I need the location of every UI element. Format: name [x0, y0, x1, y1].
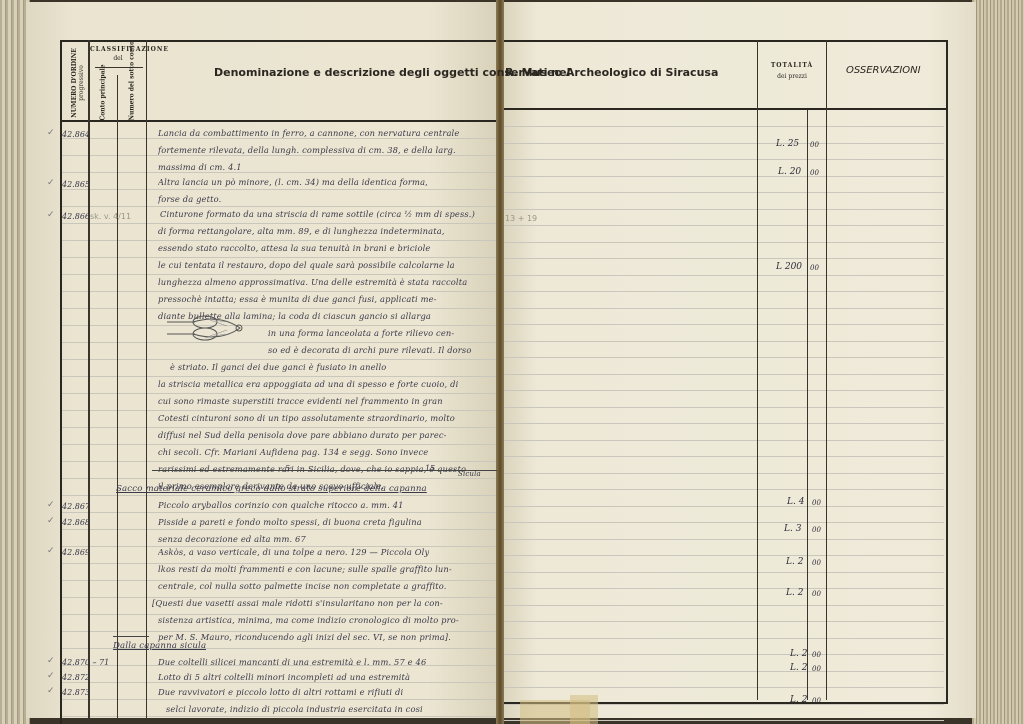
entry-cents: 00 — [812, 651, 821, 659]
entry-line: lkos resti da molti frammenti e con lacu… — [158, 564, 452, 574]
entry-line: chi secoli. Cfr. Mariani Aufidena pag. 1… — [158, 447, 428, 457]
col-header-sotto-conto: Numero del sotto conto — [129, 71, 136, 121]
belt-hook-sketch-icon — [165, 310, 245, 346]
entry-price: L. 2 — [790, 649, 807, 659]
tape-residue — [570, 695, 598, 724]
pencil-note: sk. v. 4/11 — [90, 212, 131, 221]
entry-line: [Questi due vasetti assai male ridotti s… — [152, 598, 443, 608]
entry-line: Lancia da combattimento in ferro, a cann… — [158, 128, 459, 138]
section-heading: Sacco materiale ceramico greco dallo str… — [116, 484, 427, 494]
section-heading-note: Sicula — [458, 470, 481, 478]
entry-number: 42.865 — [62, 180, 90, 189]
entry-number: 42.866 — [62, 212, 90, 221]
entry-number: 42.869 — [62, 548, 90, 557]
entry-line: diffusi nel Sud della penisola dove pare… — [158, 430, 447, 440]
right-table-frame — [500, 40, 948, 704]
entry-line: Piccolo aryballos corinzio con qualche r… — [158, 500, 404, 510]
entry-cents: 00 — [812, 559, 821, 567]
section-heading: Dalla capanna sicula — [113, 641, 206, 651]
entry-line: so ed è decorata di archi pure rilevati.… — [268, 345, 471, 355]
entry-line: fortemente rilevata, della lungh. comple… — [158, 145, 456, 155]
col-header-totalita: TOTALITÀ — [758, 62, 826, 69]
open-ledger-book: NUMERO D'ORDINEprogressivo CLASSIFICAZIO… — [0, 0, 1024, 724]
entry-number: 42.864 — [62, 130, 90, 139]
col-header-osservazioni: OSSERVAZIONI — [846, 65, 921, 76]
entry-line: rarissimi ed estremamente rari in Sicili… — [158, 464, 466, 474]
entry-number: 42.873 — [62, 688, 90, 697]
entry-line: la striscia metallica era appoggiata ad … — [158, 379, 458, 389]
entry-line: pressochè intatta; essa è munita di due … — [158, 294, 437, 304]
entry-price: L. 4 — [787, 497, 804, 507]
header-bottom-line-left — [60, 120, 500, 122]
entry-cents: 00 — [812, 697, 821, 705]
entry-number: 42.870 – 71 — [62, 658, 109, 667]
entry-line: centrale, col nulla sotto palmette incis… — [158, 581, 447, 591]
entry-line: Pisside a pareti e fondo molto spessi, d… — [158, 517, 422, 527]
short-rule — [113, 636, 149, 637]
entry-price: L. 2 — [786, 588, 803, 598]
header-bottom-line-right — [504, 108, 946, 110]
entry-line: sistenza artistica, minima, ma come indi… — [158, 615, 459, 625]
entry-line: Cotesti cinturoni sono di un tipo assolu… — [158, 413, 455, 423]
margin-pencil-note: 13 + 19 — [505, 214, 537, 223]
book-edge-right — [972, 0, 1024, 724]
entry-line: cui sono rimaste superstiti tracce evide… — [158, 396, 443, 406]
entry-line: Due coltelli silicei mancanti di una est… — [158, 657, 426, 667]
col-header-classificazione: CLASSIFICAZIONE — [90, 46, 146, 53]
page-title-right: R. Museo Archeologico di Siracusa — [505, 66, 718, 79]
entry-line: in una forma lanceolata a forte rilievo … — [268, 328, 454, 338]
entry-price: L. 20 — [778, 167, 801, 177]
entry-cents: 00 — [810, 264, 819, 272]
entry-line: è striato. Il ganci dei due ganci è fusi… — [170, 362, 386, 372]
entry-price: L. 25 — [776, 139, 799, 149]
entry-price: L 200 — [776, 262, 802, 272]
entry-cents: 00 — [810, 141, 819, 149]
entry-line: essendo stato raccolto, attesa la sua te… — [158, 243, 430, 253]
entry-line: forse da getto. — [158, 194, 221, 204]
entry-line: Due ravvivatori e piccolo lotto di altri… — [158, 687, 403, 697]
separator-mark: 15 — [425, 464, 435, 473]
entry-price: L. 2 — [790, 695, 807, 705]
section-separator — [152, 470, 497, 471]
entry-number: 42.867 — [62, 502, 90, 511]
entry-number: 42.872 — [62, 673, 90, 682]
entry-cents: 00 — [812, 590, 821, 598]
col-header-classificazione-sub: del — [90, 55, 146, 62]
col-header-conto: Conto principale — [100, 71, 107, 121]
entry-cents: 00 — [812, 665, 821, 673]
col-divider-3 — [146, 40, 147, 724]
col-divider-1 — [88, 40, 90, 724]
entry-line: Askòs, a vaso verticale, di una tolpe a … — [158, 547, 429, 557]
entry-line: le cui tentata il restauro, dopo del qua… — [158, 260, 455, 270]
col-header-numero: NUMERO D'ORDINEprogressivo — [71, 45, 85, 121]
entry-line: Lotto di 5 altri coltelli minori incompl… — [158, 672, 410, 682]
entry-price: L. 2 — [790, 663, 807, 673]
entry-line: lunghezza almeno approssimativa. Una del… — [158, 277, 467, 287]
entry-cents: 00 — [810, 169, 819, 177]
entry-price: L. 2 — [786, 557, 803, 567]
entry-number: 42.868 — [62, 518, 90, 527]
entry-line: massima di cm. 4.1 — [158, 162, 242, 172]
col-divider-2 — [117, 75, 118, 724]
col-header-totalita-sub: dei prezzi — [758, 73, 826, 80]
book-gutter — [496, 0, 504, 724]
col-divider-osservazioni — [826, 40, 827, 700]
entry-line: di forma rettangolare, alta mm. 89, e di… — [158, 226, 445, 236]
entry-line: senza decorazione ed alta mm. 67 — [158, 534, 306, 544]
col-divider-cents — [807, 110, 808, 700]
entry-cents: 00 — [812, 526, 821, 534]
col-divider-totalita — [757, 40, 758, 700]
entry-line: Cinturone formato da una striscia di ram… — [160, 209, 475, 219]
entry-line: selci lavorate, indizio di piccola indus… — [166, 704, 423, 714]
separator-mark: 5 — [285, 464, 290, 473]
entry-price: L. 3 — [784, 524, 801, 534]
entry-cents: 00 — [812, 499, 821, 507]
entry-line: Altra lancia un pò minore, (l. cm. 34) m… — [158, 177, 428, 187]
